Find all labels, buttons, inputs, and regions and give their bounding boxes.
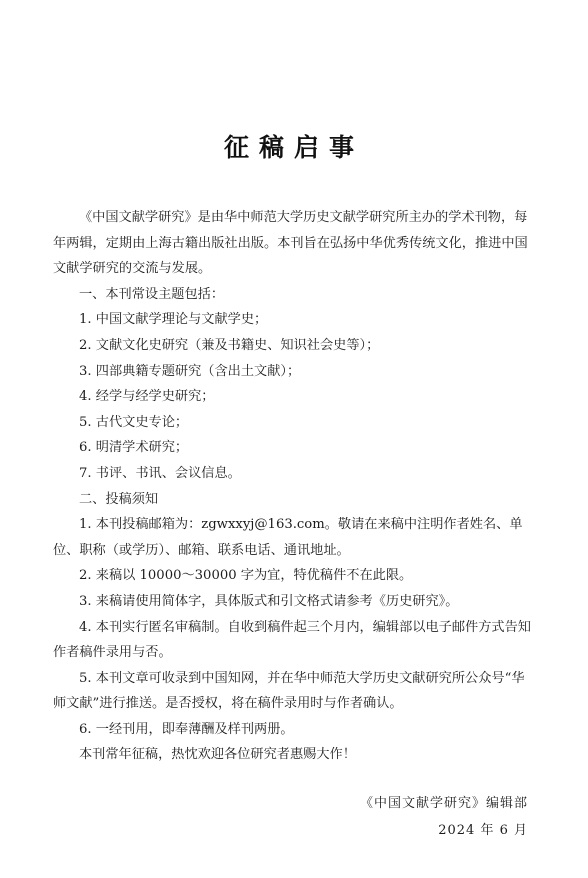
intro-paragraph: 《中国文献学研究》是由华中师范大学历史文献学研究所主办的学术刊物，每年两辑，定期…: [53, 205, 531, 282]
topic-item: 3. 四部典籍专题研究（含出土文献）；: [53, 359, 531, 385]
topic-item: 2. 文献文化史研究（兼及书籍史、知识社会史等）；: [53, 333, 531, 359]
submission-note: 1. 本刊投稿邮箱为：zgwxxyj@163.com。敬请在来稿中注明作者姓名、…: [53, 512, 531, 563]
signature-date: 2024 年 6 月: [438, 819, 528, 838]
page-title: 征稿启事: [0, 128, 588, 164]
section-2-heading: 二、投稿须知: [53, 487, 531, 513]
topic-item: 6. 明清学术研究；: [53, 435, 531, 461]
submission-note: 2. 来稿以 10000～30000 字为宜，特优稿件不在此限。: [53, 563, 531, 589]
submission-note: 5. 本刊文章可收录到中国知网，并在华中师范大学历史文献研究所公众号“华师文献”…: [53, 666, 531, 717]
document-body: 《中国文献学研究》是由华中师范大学历史文献学研究所主办的学术刊物，每年两辑，定期…: [53, 205, 531, 768]
submission-note: 6. 一经刊用，即奉薄酬及样刊两册。: [53, 717, 531, 743]
topic-item: 7. 书评、书讯、会议信息。: [53, 461, 531, 487]
submission-note: 4. 本刊实行匿名审稿制。自收到稿件起三个月内，编辑部以电子邮件方式告知作者稿件…: [53, 615, 531, 666]
closing-statement: 本刊常年征稿，热忱欢迎各位研究者惠赐大作！: [53, 742, 531, 768]
signature-org: 《中国文献学研究》编辑部: [360, 792, 528, 811]
topic-item: 5. 古代文史专论；: [53, 410, 531, 436]
section-1-heading: 一、本刊常设主题包括：: [53, 282, 531, 308]
topic-item: 1. 中国文献学理论与文献学史；: [53, 307, 531, 333]
submission-note: 3. 来稿请使用简体字，具体版式和引文格式请参考《历史研究》。: [53, 589, 531, 615]
topic-item: 4. 经学与经学史研究；: [53, 384, 531, 410]
